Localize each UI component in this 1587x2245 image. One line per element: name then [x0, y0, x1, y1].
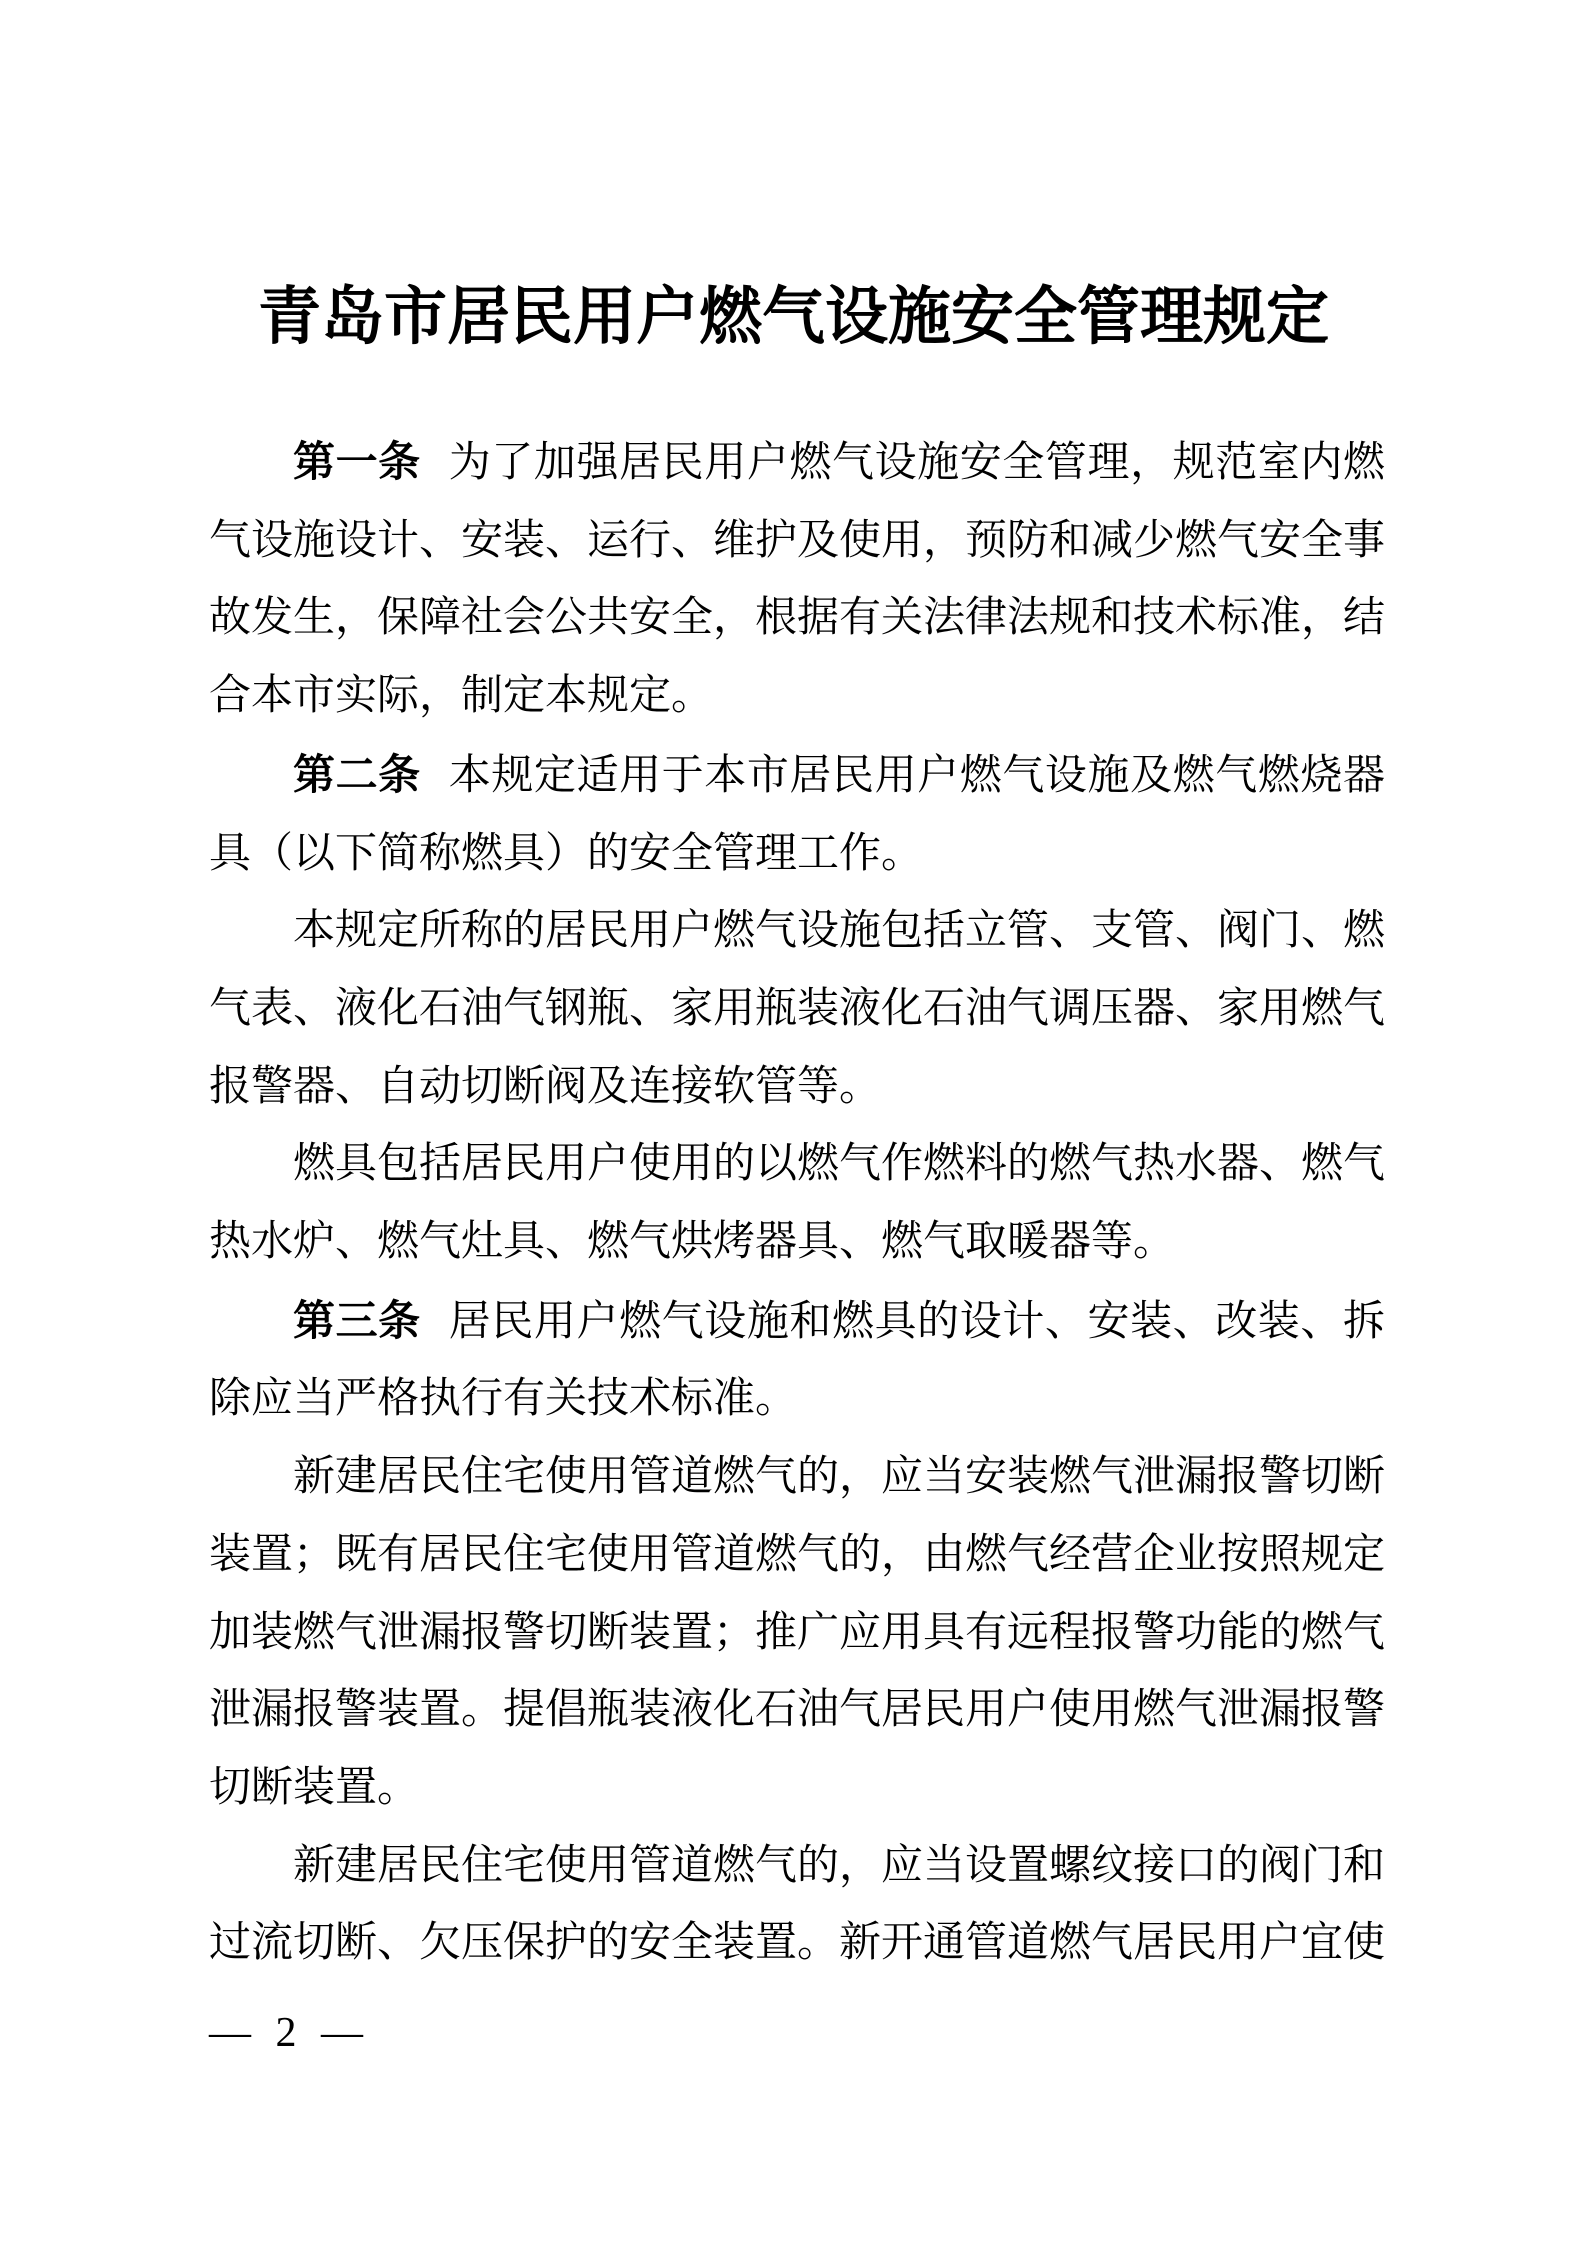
paragraph: 第二条本规定适用于本市居民用户燃气设施及燃气燃烧器具（以下简称燃具）的安全管理工… — [209, 736, 1385, 893]
paragraph: 第一条为了加强居民用户燃气设施安全管理，规范室内燃气设施设计、安装、运行、维护及… — [209, 423, 1385, 736]
page-footer: — 2 — — [209, 2008, 363, 2058]
paragraph-text: 新建居民住宅使用管道燃气的，应当设置螺纹接口的阀门和过流切断、欠压保护的安全装置… — [209, 1843, 1385, 1967]
paragraph-text: 本规定所称的居民用户燃气设施包括立管、支管、阀门、燃气表、液化石油气钢瓶、家用瓶… — [209, 908, 1385, 1109]
article-label: 第三条 — [293, 1297, 421, 1344]
paragraph-text: 燃具包括居民用户使用的以燃气作燃料的燃气热水器、燃气热水炉、燃气灶具、燃气烘烤器… — [209, 1141, 1385, 1265]
paragraph: 燃具包括居民用户使用的以燃气作燃料的燃气热水器、燃气热水炉、燃气灶具、燃气烘烤器… — [209, 1126, 1385, 1281]
paragraph: 第三条居民用户燃气设施和燃具的设计、安装、改装、拆除应当严格执行有关技术标准。 — [209, 1282, 1385, 1439]
article-label: 第二条 — [293, 751, 421, 798]
paragraph-text: 新建居民住宅使用管道燃气的，应当安装燃气泄漏报警切断装置；既有居民住宅使用管道燃… — [209, 1454, 1385, 1811]
page-title: 青岛市居民用户燃气设施安全管理规定 — [0, 284, 1587, 350]
paragraph: 新建居民住宅使用管道燃气的，应当安装燃气泄漏报警切断装置；既有居民住宅使用管道燃… — [209, 1439, 1385, 1828]
document-body: 第一条为了加强居民用户燃气设施安全管理，规范室内燃气设施设计、安装、运行、维护及… — [209, 423, 1385, 1983]
paragraph: 本规定所称的居民用户燃气设施包括立管、支管、阀门、燃气表、液化石油气钢瓶、家用瓶… — [209, 893, 1385, 1126]
paragraph: 新建居民住宅使用管道燃气的，应当设置螺纹接口的阀门和过流切断、欠压保护的安全装置… — [209, 1828, 1385, 1983]
article-label: 第一条 — [293, 438, 421, 485]
document-page: 青岛市居民用户燃气设施安全管理规定 第一条为了加强居民用户燃气设施安全管理，规范… — [0, 0, 1587, 2245]
page-number: — 2 — — [209, 2010, 363, 2056]
